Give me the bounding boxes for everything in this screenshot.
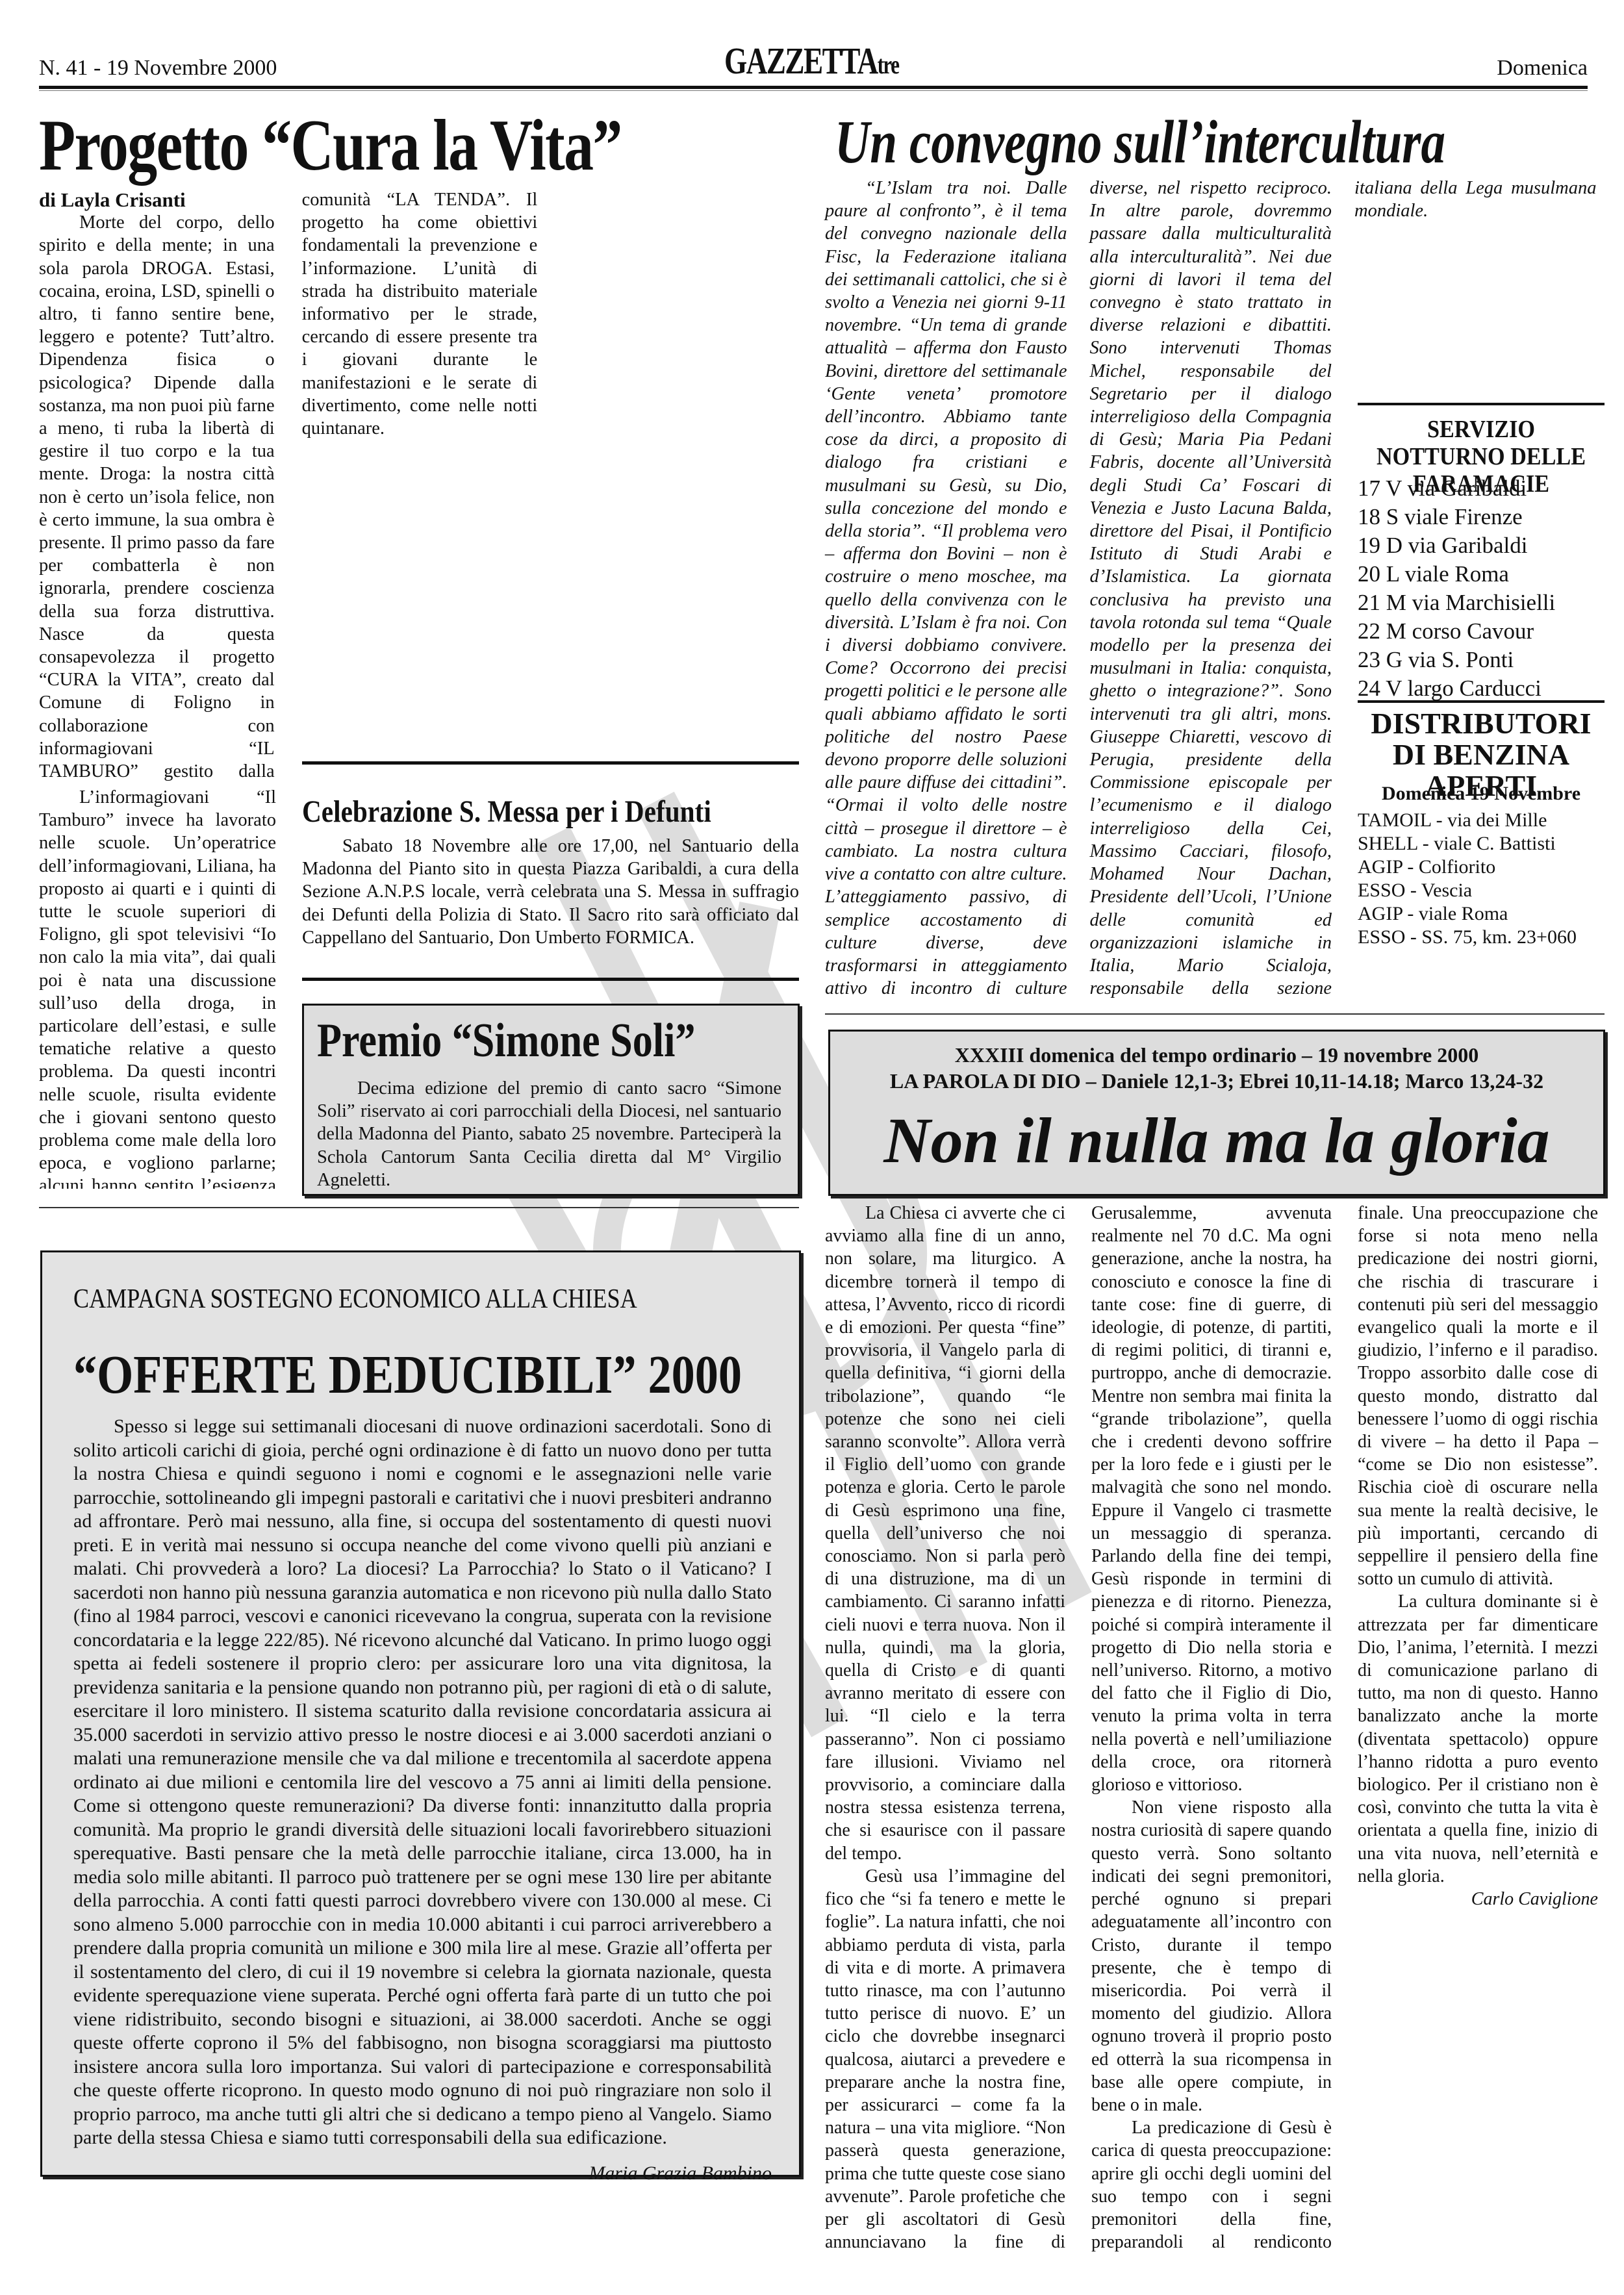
- fuel-stations-list: TAMOIL - via dei Mille SHELL - viale C. …: [1358, 809, 1605, 949]
- pharmacy-item: 18 S viale Firenze: [1358, 503, 1605, 531]
- pharmacy-item: 22 M corso Cavour: [1358, 617, 1605, 646]
- pharmacy-item: 17 V via Garibaldi: [1358, 474, 1605, 503]
- masthead-rule: [39, 86, 1588, 89]
- article-paragraph: Spesso si legge sui settimanali diocesan…: [73, 1415, 772, 2150]
- article-cura-la-vita-continued: L’informagiovani “Il Tamburo” invece ha …: [39, 786, 276, 1189]
- article-paragraph: La Chiesa ci avverte che ci avviamo alla…: [825, 1202, 1065, 1865]
- article-paragraph: Decima edizione del premio di canto sacr…: [317, 1077, 781, 1191]
- author-signature: Maria Grazia Bambino: [73, 2162, 772, 2186]
- offerte-body: Spesso si legge sui settimanali diocesan…: [73, 1415, 772, 2185]
- byline: di Layla Crisanti: [39, 188, 275, 211]
- weekday: Domenica: [1497, 56, 1588, 81]
- section-divider: [302, 978, 799, 981]
- fuel-station-item: AGIP - viale Roma: [1358, 902, 1605, 926]
- fuel-station-item: AGIP - Colfiorito: [1358, 856, 1605, 879]
- premio-body: Decima edizione del premio di canto sacr…: [317, 1077, 781, 1191]
- article-cura-la-vita: di Layla Crisanti Morte del corpo, dello…: [39, 188, 800, 786]
- section-divider: [1358, 700, 1605, 703]
- offerte-deducibili-box: CAMPAGNA SOSTEGNO ECONOMICO ALLA CHIESA …: [40, 1250, 801, 2177]
- headline-premio-simone-soli: Premio “Simone Soli”: [317, 1013, 695, 1069]
- section-divider: [39, 1207, 799, 1208]
- author-signature: Carlo Caviglione: [1358, 1888, 1598, 1910]
- article-paragraph: La cultura dominante si è attrezzata per…: [1358, 1590, 1598, 1888]
- article-intercultura: “L’Islam tra noi. Dalle paure al confron…: [825, 177, 1332, 1003]
- fuel-station-item: TAMOIL - via dei Mille: [1358, 809, 1605, 832]
- pharmacy-item: 20 L viale Roma: [1358, 560, 1605, 589]
- newspaper-logo: GAZZETTAtre: [724, 39, 898, 82]
- pharmacy-item: 23 G via S. Ponti: [1358, 646, 1605, 674]
- section-divider: [302, 761, 799, 765]
- logo-suffix: tre: [878, 50, 899, 79]
- pharmacy-item: 21 M via Marchisielli: [1358, 589, 1605, 617]
- issue-date: N. 41 - 19 Novembre 2000: [39, 56, 277, 81]
- liturgy-readings: LA PAROLA DI DIO – Daniele 12,1-3; Ebrei…: [830, 1069, 1603, 1093]
- parola-di-dio-box: XXXIII domenica del tempo ordinario – 19…: [828, 1030, 1605, 1196]
- pharmacy-item: 24 V largo Carducci: [1358, 674, 1605, 703]
- article-non-il-nulla: La Chiesa ci avverte che ci avviamo alla…: [825, 1202, 1598, 2267]
- fuel-stations-date: Domenica 19 Novembre: [1358, 783, 1605, 805]
- liturgy-date: XXXIII domenica del tempo ordinario – 19…: [830, 1043, 1603, 1067]
- article-paragraph: L’informagiovani “Il Tamburo” invece ha …: [39, 786, 276, 1189]
- headline-non-il-nulla: Non il nulla ma la gloria: [830, 1103, 1603, 1178]
- fuel-station-item: SHELL - viale C. Battisti: [1358, 832, 1605, 856]
- masthead-rule-thin: [39, 90, 1588, 91]
- article-paragraph: Morte del corpo, dello spirito e della m…: [39, 188, 537, 786]
- section-divider: [1358, 403, 1605, 405]
- fuel-station-item: ESSO - SS. 75, km. 23+060: [1358, 926, 1605, 949]
- pharmacy-item: 19 D via Garibaldi: [1358, 531, 1605, 560]
- section-divider: [825, 1013, 1605, 1015]
- premio-simone-soli-box: Premio “Simone Soli” Decima edizione del…: [302, 1004, 800, 1196]
- fuel-station-item: ESSO - Vescia: [1358, 879, 1605, 902]
- article-paragraph: Sabato 18 Novembre alle ore 17,00, nel S…: [302, 835, 799, 949]
- article-paragraph: Non viene risposto alla nostra curiosità…: [1091, 1796, 1332, 2116]
- headline-offerte-deducibili: “OFFERTE DEDUCIBILI” 2000: [73, 1343, 742, 1406]
- pharmacy-list: 17 V via Garibaldi 18 S viale Firenze 19…: [1358, 474, 1605, 703]
- article-messa: Sabato 18 Novembre alle ore 17,00, nel S…: [302, 835, 799, 949]
- logo-main: GAZZETTA: [724, 40, 878, 82]
- headline-cura-la-vita: Progetto “Cura la Vita”: [39, 104, 622, 188]
- campaign-kicker: CAMPAGNA SOSTEGNO ECONOMICO ALLA CHIESA: [73, 1284, 637, 1315]
- headline-intercultura: Un convegno sull’intercultura: [835, 107, 1445, 177]
- headline-messa-defunti: Celebrazione S. Messa per i Defunti: [302, 794, 711, 830]
